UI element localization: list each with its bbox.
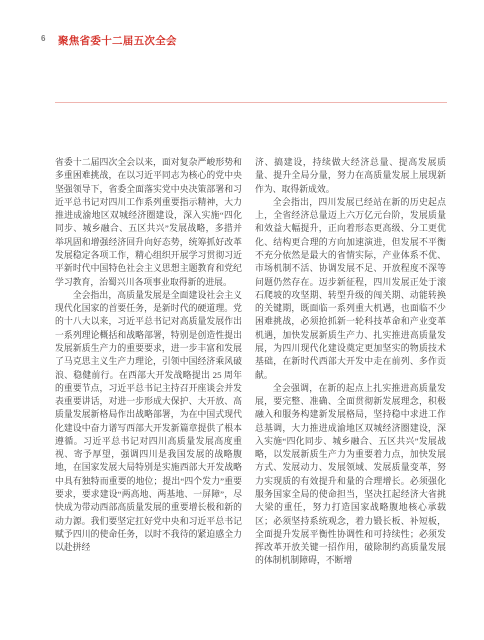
page-number: 6: [41, 34, 45, 43]
header-rule: [55, 102, 447, 103]
paragraph: 全会强调，在新的起点上扎实推进高质量发展，要完整、准确、全面贯彻新发展理念，积极…: [255, 382, 446, 568]
paragraph: 全会指出，高质量发展是全面建设社会主义现代化国家的首要任务，是新时代的硬道理。党…: [55, 289, 242, 555]
paragraph: 济、搞建设，持续做大经济总量、提高发展质量、提升全局分量，努力在高质量发展上展现…: [255, 156, 446, 196]
article-column-right: 济、搞建设，持续做大经济总量、提高发展质量、提升全局分量，努力在高质量发展上展现…: [255, 156, 446, 592]
article-body: 省委十二届四次全会以来，面对复杂严峻形势和多重困难挑战，在以习近平同志为核心的党…: [55, 156, 446, 592]
article-column-left: 省委十二届四次全会以来，面对复杂严峻形势和多重困难挑战，在以习近平同志为核心的党…: [55, 156, 242, 592]
section-label: 聚焦省委十二届五次全会: [58, 33, 177, 48]
paragraph: 全会指出，四川发展已经站在新的历史起点上，全省经济总量迈上六万亿元台阶，发展质量…: [255, 196, 446, 382]
paragraph: 省委十二届四次全会以来，面对复杂严峻形势和多重困难挑战，在以习近平同志为核心的党…: [55, 156, 242, 289]
